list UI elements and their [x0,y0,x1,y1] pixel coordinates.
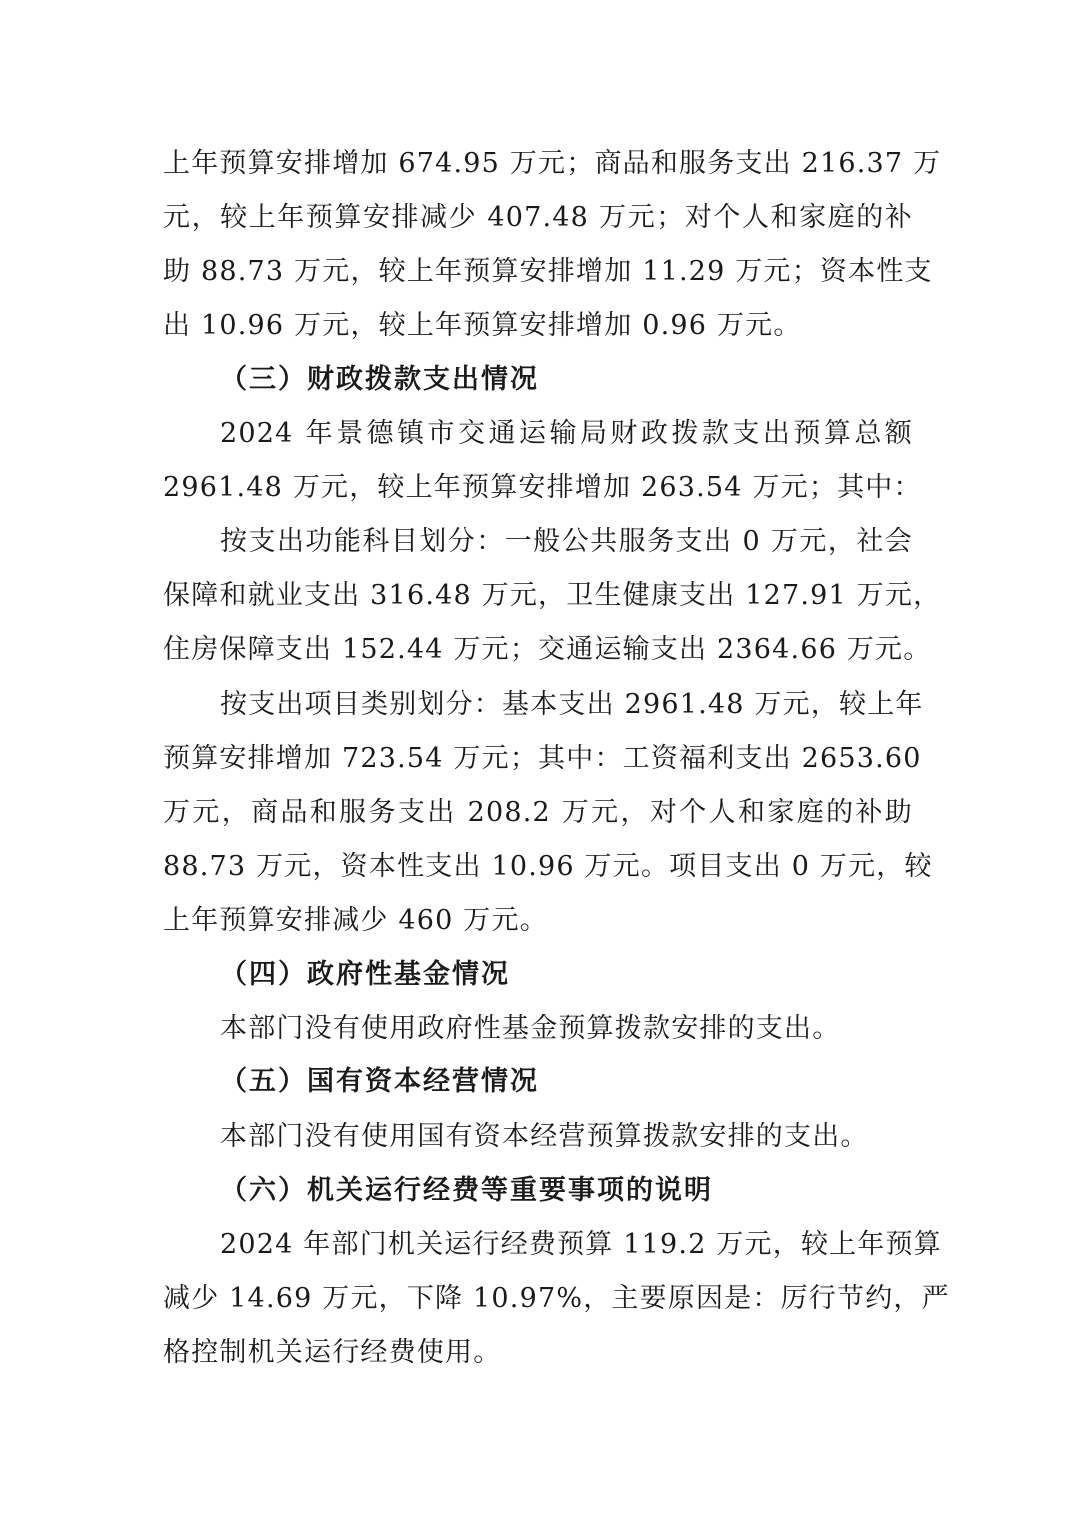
body-line: 2961.48 万元，较上年预算安排增加 263.54 万元；其中： [163,468,913,508]
body-line: 本部门没有使用国有资本经营预算拨款安排的支出。 [220,1117,913,1157]
section-heading: （五）国有资本经营情况 [220,1062,913,1102]
body-line: 出 10.96 万元，较上年预算安排增加 0.96 万元。 [163,306,913,346]
body-line: 2024 年部门机关运行经费预算 119.2 万元，较上年预算 [220,1225,913,1265]
body-line: 助 88.73 万元，较上年预算安排增加 11.29 万元；资本性支 [163,252,913,292]
body-line: 保障和就业支出 316.48 万元，卫生健康支出 127.91 万元， [163,576,913,616]
body-line: 上年预算安排增加 674.95 万元；商品和服务支出 216.37 万 [163,144,913,184]
body-line: 2024 年景德镇市交通运输局财政拨款支出预算总额 [220,414,913,454]
body-line: 上年预算安排减少 460 万元。 [163,901,913,941]
section-heading: （四）政府性基金情况 [220,955,913,995]
body-line: 元，较上年预算安排减少 407.48 万元；对个人和家庭的补 [163,198,913,238]
body-line: 按支出项目类别划分：基本支出 2961.48 万元，较上年 [220,685,913,725]
section-heading: （六）机关运行经费等重要事项的说明 [220,1171,913,1211]
body-line: 格控制机关运行经费使用。 [163,1333,913,1373]
section-heading: （三）财政拨款支出情况 [220,360,913,400]
body-line: 按支出功能科目划分：一般公共服务支出 0 万元，社会 [220,522,913,562]
body-line: 住房保障支出 152.44 万元；交通运输支出 2364.66 万元。 [163,630,913,670]
body-line: 88.73 万元，资本性支出 10.96 万元。项目支出 0 万元，较 [163,847,913,887]
body-line: 本部门没有使用政府性基金预算拨款安排的支出。 [220,1009,913,1049]
body-line: 万元，商品和服务支出 208.2 万元，对个人和家庭的补助 [163,793,913,833]
body-line: 减少 14.69 万元，下降 10.97%，主要原因是：厉行节约，严 [163,1279,913,1319]
body-line: 预算安排增加 723.54 万元；其中：工资福利支出 2653.60 [163,739,913,779]
